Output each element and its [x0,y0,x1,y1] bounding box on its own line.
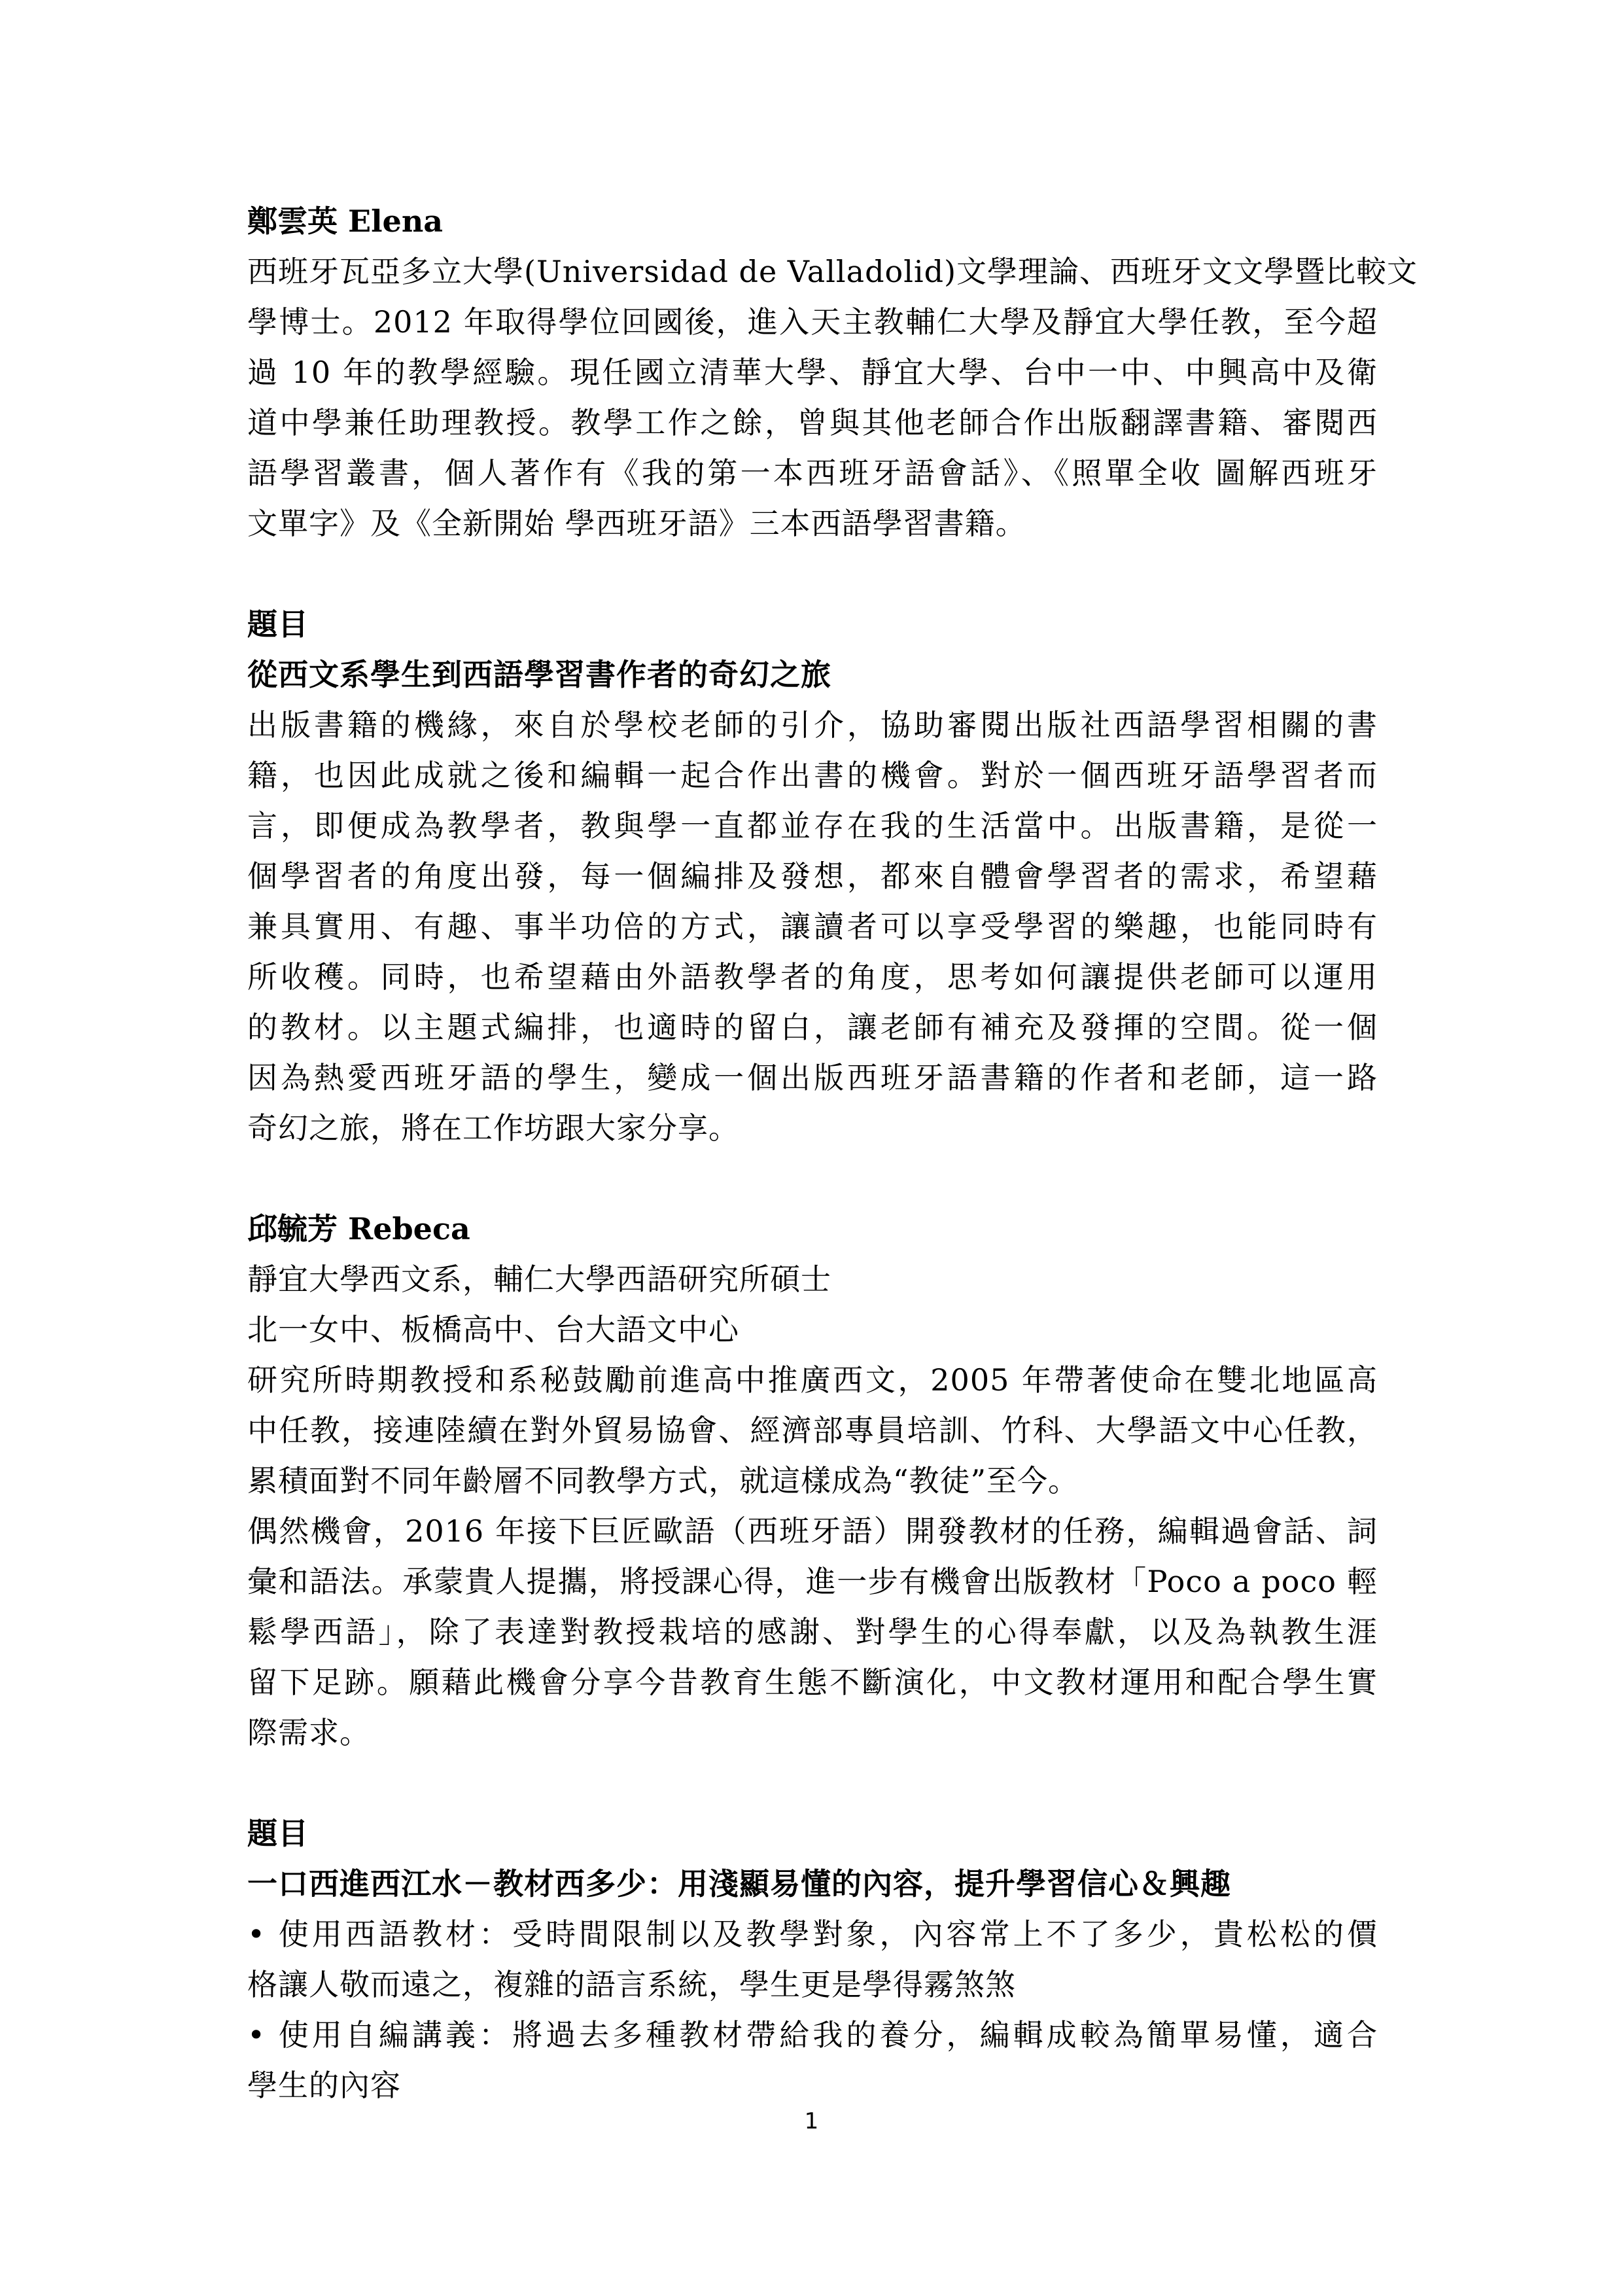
speaker-bio: 西班牙瓦亞多立大學(Universidad de Valladolid)文學理論… [247,247,1378,549]
topic-line: 個學習者的角度出發，每一個編排及發想，都來自體會學習者的需求，希望藉 [247,851,1378,902]
bio-line: 學博士。2012 年取得學位回國後，進入天主教輔仁大學及靜宜大學任教，至今超 [247,297,1378,347]
topic-line: 奇幻之旅，將在工作坊跟大家分享。 [247,1103,1378,1154]
spacer [247,1154,1378,1204]
bio-line: 彙和語法。承蒙貴人提攜，將授課心得，進一步有機會出版教材「Poco a poco… [247,1557,1378,1607]
speaker-name: 邱毓芳 Rebeca [247,1204,1378,1254]
topic-line: 因為熱愛西班牙語的學生，變成一個出版西班牙語書籍的作者和老師，這一路 [247,1053,1378,1103]
document-page: 鄭雲英 Elena 西班牙瓦亞多立大學(Universidad de Valla… [247,196,1378,2111]
topic-line: 籍，也因此成就之後和編輯一起合作出書的機會。對於一個西班牙語學習者而 [247,751,1378,801]
bullet-line: • 使用自編講義：將過去多種教材帶給我的養分，編輯成較為簡單易懂，適合 [247,2010,1378,2060]
spacer [247,549,1378,599]
speaker-bio: 靜宜大學西文系，輔仁大學西語研究所碩士 北一女中、板橋高中、台大語文中心 研究所… [247,1254,1378,1758]
bio-line: 際需求。 [247,1708,1378,1758]
topic-line: 的教材。以主題式編排，也適時的留白，讓老師有補充及發揮的空間。從一個 [247,1002,1378,1053]
bio-line: 西班牙瓦亞多立大學(Universidad de Valladolid)文學理論… [247,247,1378,297]
bio-line: 研究所時期教授和系秘鼓勵前進高中推廣西文，2005 年帶著使命在雙北地區高 [247,1355,1378,1405]
bio-line: 過 10 年的教學經驗。現任國立清華大學、靜宜大學、台中一中、中興高中及衛 [247,347,1378,398]
topic-label: 題目 [247,599,1378,650]
bio-line: 北一女中、板橋高中、台大語文中心 [247,1305,1378,1355]
topic-description: 出版書籍的機緣，來自於學校老師的引介，協助審閱出版社西語學習相關的書 籍，也因此… [247,700,1378,1154]
bio-line: 鬆學西語」，除了表達對教授栽培的感謝、對學生的心得奉獻，以及為執教生涯 [247,1607,1378,1657]
bullet-line: 格讓人敬而遠之，複雜的語言系統，學生更是學得霧煞煞 [247,1960,1378,2010]
spacer [247,1758,1378,1809]
bullet-line: • 使用西語教材：受時間限制以及教學對象，內容常上不了多少，貴松松的價 [247,1909,1378,1960]
bio-line: 文單字》及《全新開始 學西班牙語》三本西語學習書籍。 [247,499,1378,549]
topic-line: 所收穫。同時，也希望藉由外語教學者的角度，思考如何讓提供老師可以運用 [247,952,1378,1002]
topic-line: 言，即便成為教學者，教與學一直都並存在我的生活當中。出版書籍，是從一 [247,801,1378,851]
topic-description: • 使用西語教材：受時間限制以及教學對象，內容常上不了多少，貴松松的價 格讓人敬… [247,1909,1378,2111]
topic-line: 兼具實用、有趣、事半功倍的方式，讓讀者可以享受學習的樂趣，也能同時有 [247,902,1378,952]
bio-line: 留下足跡。願藉此機會分享今昔教育生態不斷演化，中文教材運用和配合學生實 [247,1657,1378,1708]
topic-label: 題目 [247,1809,1378,1859]
page-number: 1 [0,2108,1623,2134]
bio-line: 靜宜大學西文系，輔仁大學西語研究所碩士 [247,1254,1378,1305]
bio-line: 道中學兼任助理教授。教學工作之餘，曾與其他老師合作出版翻譯書籍、審閱西 [247,398,1378,448]
topic-title: 從西文系學生到西語學習書作者的奇幻之旅 [247,650,1378,700]
bio-line: 累積面對不同年齡層不同教學方式，就這樣成為“教徒”至今。 [247,1456,1378,1506]
topic-line: 出版書籍的機緣，來自於學校老師的引介，協助審閱出版社西語學習相關的書 [247,700,1378,751]
speaker-name: 鄭雲英 Elena [247,196,1378,247]
bio-line: 中任教，接連陸續在對外貿易協會、經濟部專員培訓、竹科、大學語文中心任教， [247,1405,1378,1456]
topic-title: 一口西進西江水－教材西多少：用淺顯易懂的內容，提升學習信心＆興趣 [247,1859,1378,1909]
bio-line: 偶然機會，2016 年接下巨匠歐語（西班牙語）開發教材的任務，編輯過會話、詞 [247,1506,1378,1557]
bullet-line: 學生的內容 [247,2060,1378,2111]
bio-line: 語學習叢書，個人著作有《我的第一本西班牙語會話》、《照單全收 圖解西班牙 [247,448,1378,499]
